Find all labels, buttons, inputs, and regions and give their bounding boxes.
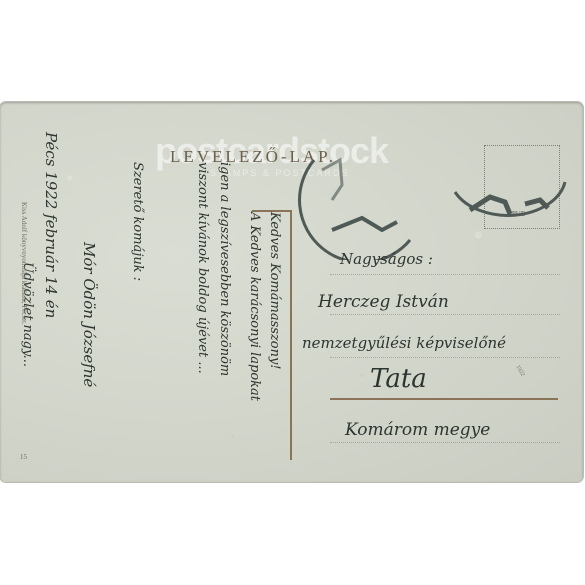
message-line: viszont kívánok boldog újévet ...	[195, 162, 210, 374]
postcard: postcardstock STAMPS & POSTCARDS LEVELEZ…	[0, 102, 583, 482]
address-county: Komárom megye	[345, 420, 490, 440]
message-line: Szerető komájuk :	[130, 162, 145, 281]
address-rule	[330, 357, 560, 358]
address-city: Tata	[370, 364, 427, 394]
message-line: igen a legszívesebben köszönöm	[217, 162, 232, 376]
divider-vertical	[290, 210, 292, 460]
address-name: Herczeg István	[318, 292, 449, 312]
message-signature: Mór Ödön Józsefné	[80, 242, 98, 387]
message-date: Pécs 1922 február 14 én	[42, 132, 60, 318]
address-rule	[330, 442, 560, 443]
address-salutation: Nagyságos :	[340, 250, 433, 268]
address-rule-solid	[330, 398, 558, 400]
message-line: A Kedves karácsonyi lapokat	[247, 212, 262, 401]
printer-imprint: Kiss Adolf könyvnyomdája kiadása, Pécset…	[20, 202, 28, 325]
plate-number: 15	[20, 453, 27, 461]
address-rule	[330, 274, 560, 275]
postmark-icon	[450, 152, 570, 232]
address-rule	[330, 314, 560, 315]
postmark-icon	[292, 130, 422, 260]
message-line: Kedves Komámasszony!	[267, 212, 282, 370]
address-title: nemzetgyűlési képviselőné	[302, 334, 506, 352]
